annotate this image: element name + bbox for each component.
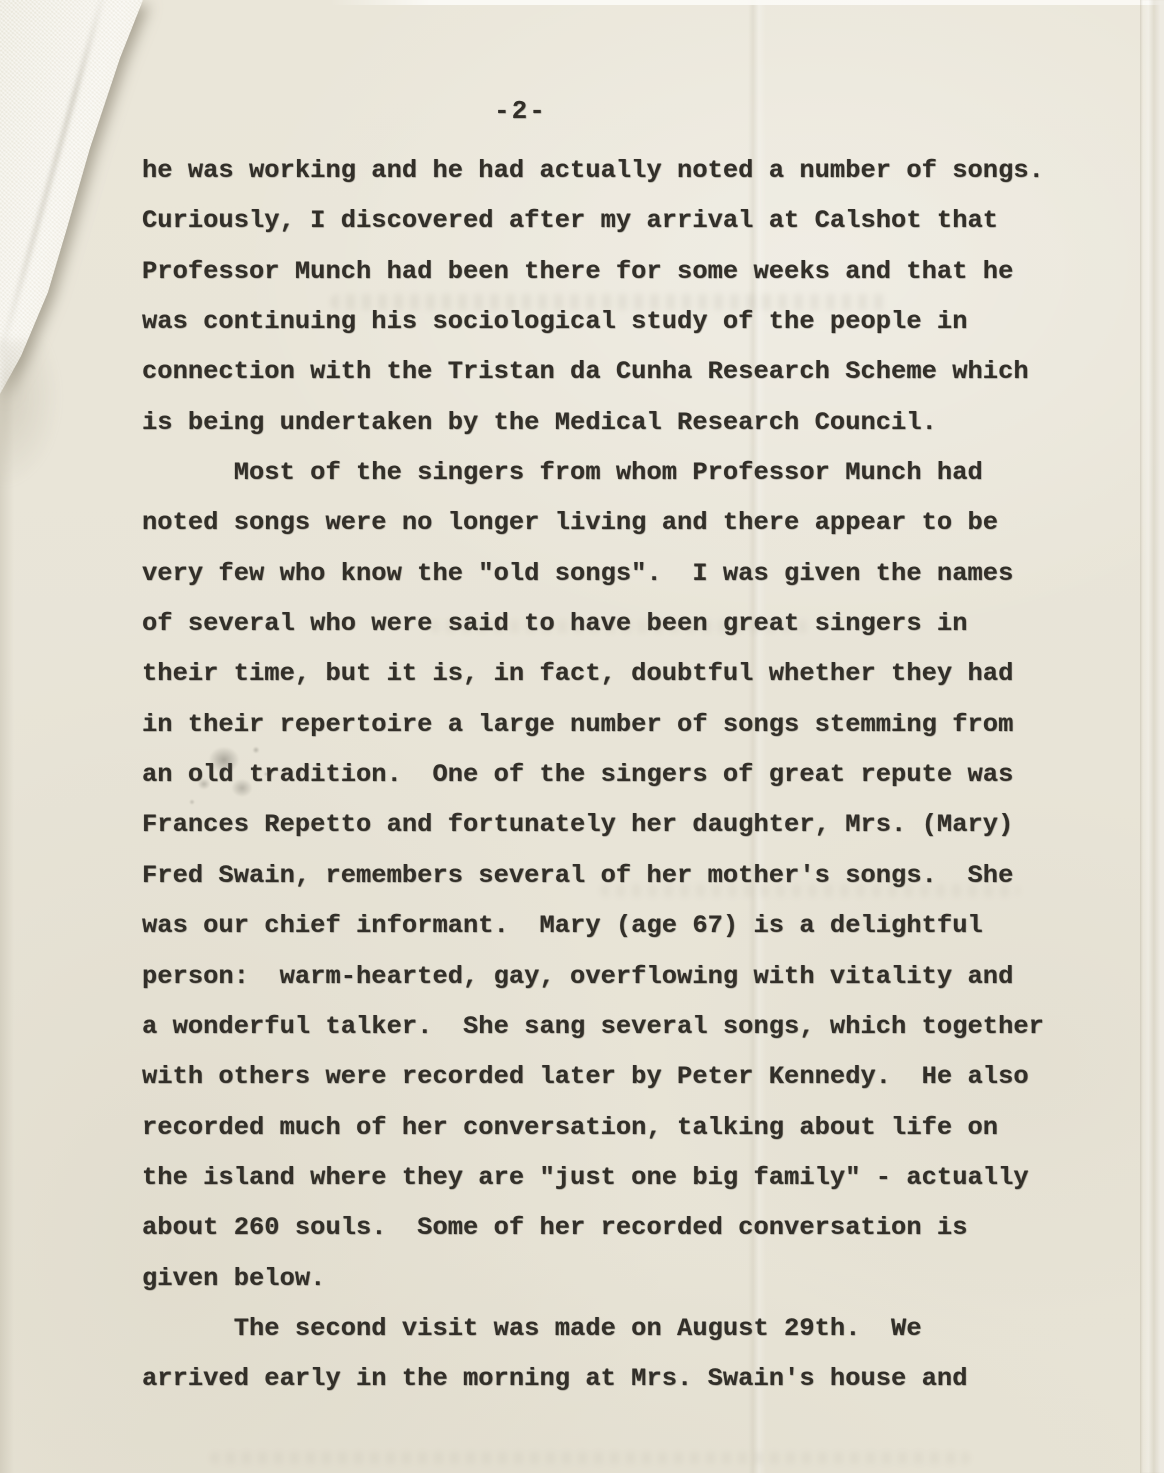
- ink-smudge: [178, 738, 282, 816]
- paragraph-3: The second visit was made on August 29th…: [142, 1304, 1102, 1405]
- typewritten-text: he was working and he had actually noted…: [142, 146, 1102, 1405]
- scanner-edge-strip: [0, 0, 1164, 5]
- paragraph-1: he was working and he had actually noted…: [142, 146, 1102, 448]
- bleed-through-ghost-text: [210, 1452, 970, 1464]
- fold-under-shadow: [0, 340, 90, 530]
- document-page: -2- he was working and he had actually n…: [0, 0, 1164, 1473]
- page-left-edge-shade: [0, 0, 14, 1473]
- page-right-edge: [1140, 0, 1164, 1473]
- fold-crease-shadow: [0, 0, 109, 365]
- page-number: -2-: [494, 96, 547, 126]
- paragraph-2: Most of the singers from whom Professor …: [142, 448, 1102, 1304]
